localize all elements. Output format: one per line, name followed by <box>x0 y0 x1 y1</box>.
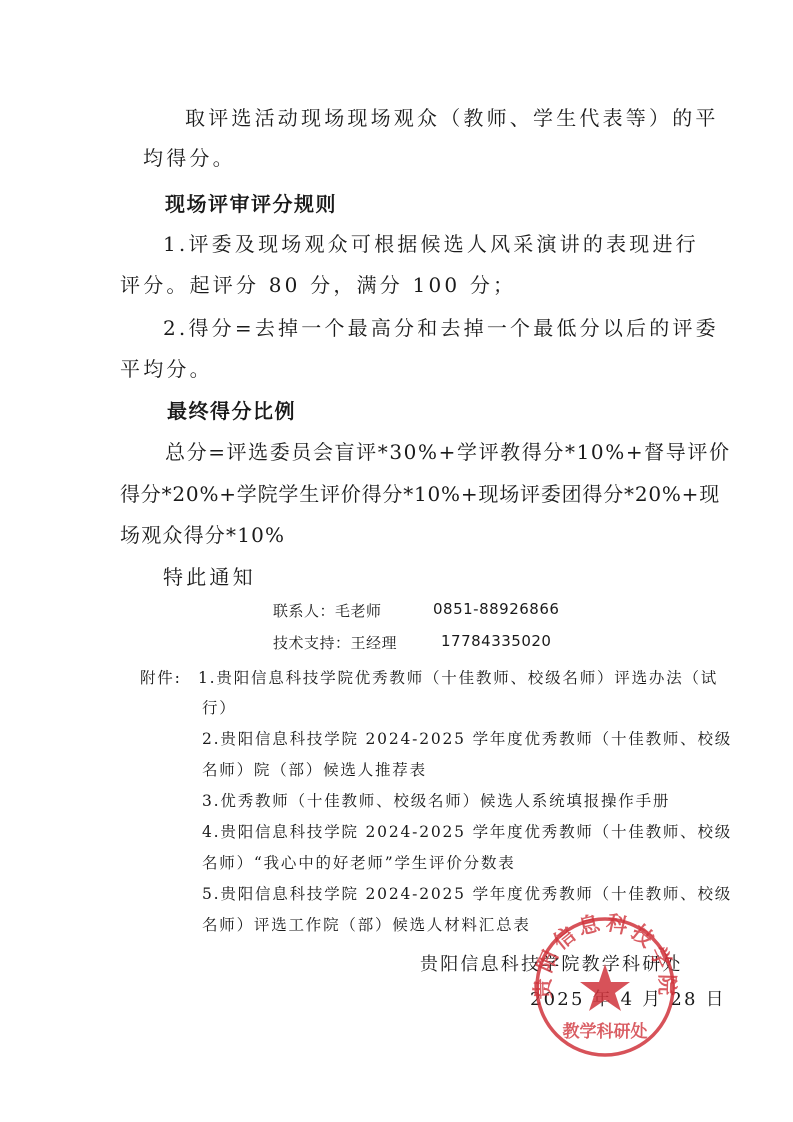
contact-row: 联系人：毛老师 0851-88926866 <box>273 600 382 621</box>
attachment-line: 名师）评选工作院（部）候选人材料汇总表 <box>202 915 531 935</box>
contact-label: 技术支持：王经理 <box>273 634 397 652</box>
document-page: 取评选活动现场现场观众（教师、学生代表等）的平 均得分。 现场评审评分规则 1.… <box>0 0 793 1122</box>
contact-label: 联系人：毛老师 <box>273 602 382 620</box>
attachment-line: 5.贵阳信息科技学院 2024-2025 学年度优秀教师（十佳教师、校级 <box>202 884 732 904</box>
signature-date: 2025 年 4 月 28 日 <box>530 985 726 1011</box>
rule-2-line-1: 2.得分=去掉一个最高分和去掉一个最低分以后的评委 <box>163 316 719 340</box>
intro-line-1: 取评选活动现场现场观众（教师、学生代表等）的平 <box>185 106 719 130</box>
ratio-line-1: 总分=评选委员会盲评*30%+学评教得分*10%+督导评价 <box>165 440 731 464</box>
attachments-label: 附件: <box>140 668 182 688</box>
attachment-line: 名师）院（部）候选人推荐表 <box>202 760 427 780</box>
rule-1-line-2: 评分。起评分 80 分，满分 100 分； <box>120 273 516 297</box>
attachment-line: 4.贵阳信息科技学院 2024-2025 学年度优秀教师（十佳教师、校级 <box>202 822 732 842</box>
section-heading-ratio: 最终得分比例 <box>167 399 296 423</box>
contact-phone: 0851-88926866 <box>433 600 559 618</box>
svg-text:教学科研处: 教学科研处 <box>563 1021 648 1042</box>
section-heading-rules: 现场评审评分规则 <box>165 192 337 216</box>
attachment-line: 行） <box>202 698 237 718</box>
contact-phone: 17784335020 <box>441 632 551 650</box>
attachment-line: 3.优秀教师（十佳教师、校级名师）候选人系统填报操作手册 <box>202 791 670 811</box>
attachment-line: 1.贵阳信息科技学院优秀教师（十佳教师、校级名师）评选办法（试 <box>198 668 718 688</box>
rule-2-line-2: 平均分。 <box>120 357 213 381</box>
attachment-line: 2.贵阳信息科技学院 2024-2025 学年度优秀教师（十佳教师、校级 <box>202 729 732 749</box>
closing-text: 特此通知 <box>163 565 256 589</box>
ratio-line-3: 场观众得分*10% <box>120 523 285 547</box>
signature-org: 贵阳信息科技学院教学科研处 <box>420 950 683 976</box>
contact-row: 技术支持：王经理 17784335020 <box>273 632 397 653</box>
attachment-line: 名师）“我心中的好老师”学生评价分数表 <box>202 853 516 873</box>
rule-1-line-1: 1.评委及现场观众可根据候选人风采演讲的表现进行 <box>163 232 699 256</box>
ratio-line-2: 得分*20%+学院学生评价得分*10%+现场评委团得分*20%+现 <box>120 482 720 506</box>
intro-line-2: 均得分。 <box>143 146 236 170</box>
